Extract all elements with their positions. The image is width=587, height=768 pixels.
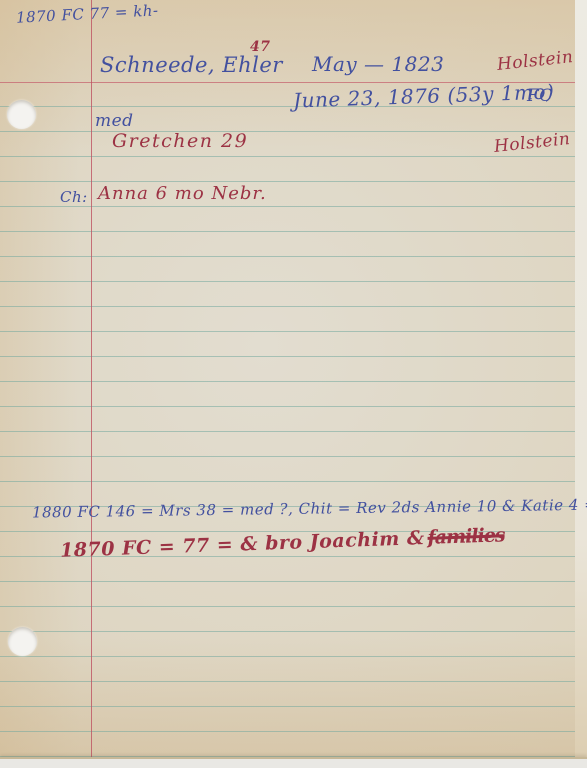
red-margin-line — [91, 0, 92, 759]
subject-name: Schneede, Ehler — [100, 55, 283, 76]
census-1870-note: 1870 FC = 77 = & bro Joachim &families — [60, 526, 505, 561]
census-1870-text: 1870 FC = 77 = & bro Joachim & — [60, 527, 425, 562]
children-label: Ch: — [60, 190, 88, 205]
origin-holstein-2: Holstein — [493, 131, 571, 156]
punch-hole-top — [7, 100, 36, 129]
death-date: June 23, 1876 (53y 1mo) — [293, 81, 555, 110]
spouse-name-age: Gretchen 29 — [112, 132, 248, 151]
corner-census-code: 1870 FC 77 = kh- — [16, 3, 159, 25]
origin-holstein-1: Holstein — [496, 49, 574, 74]
page-right-edge — [575, 0, 587, 768]
scanned-note-page: 1870 FC 77 = kh- Schneede, Ehler 47 May … — [0, 0, 587, 768]
married-abbrev: med — [95, 113, 134, 130]
birth-date: May — 1823 — [312, 54, 444, 74]
page-bottom-edge — [0, 757, 587, 768]
death-source: FC — [527, 88, 553, 105]
census-1870-struck-word: families — [427, 524, 505, 549]
census-1880-note: 1880 FC 146 = Mrs 38 = med ?, Chit = Rev… — [32, 496, 587, 520]
punch-hole-bottom — [8, 627, 37, 656]
subject-number-superscript: 47 — [250, 40, 270, 54]
children-entry: Anna 6 mo Nebr. — [98, 185, 267, 203]
